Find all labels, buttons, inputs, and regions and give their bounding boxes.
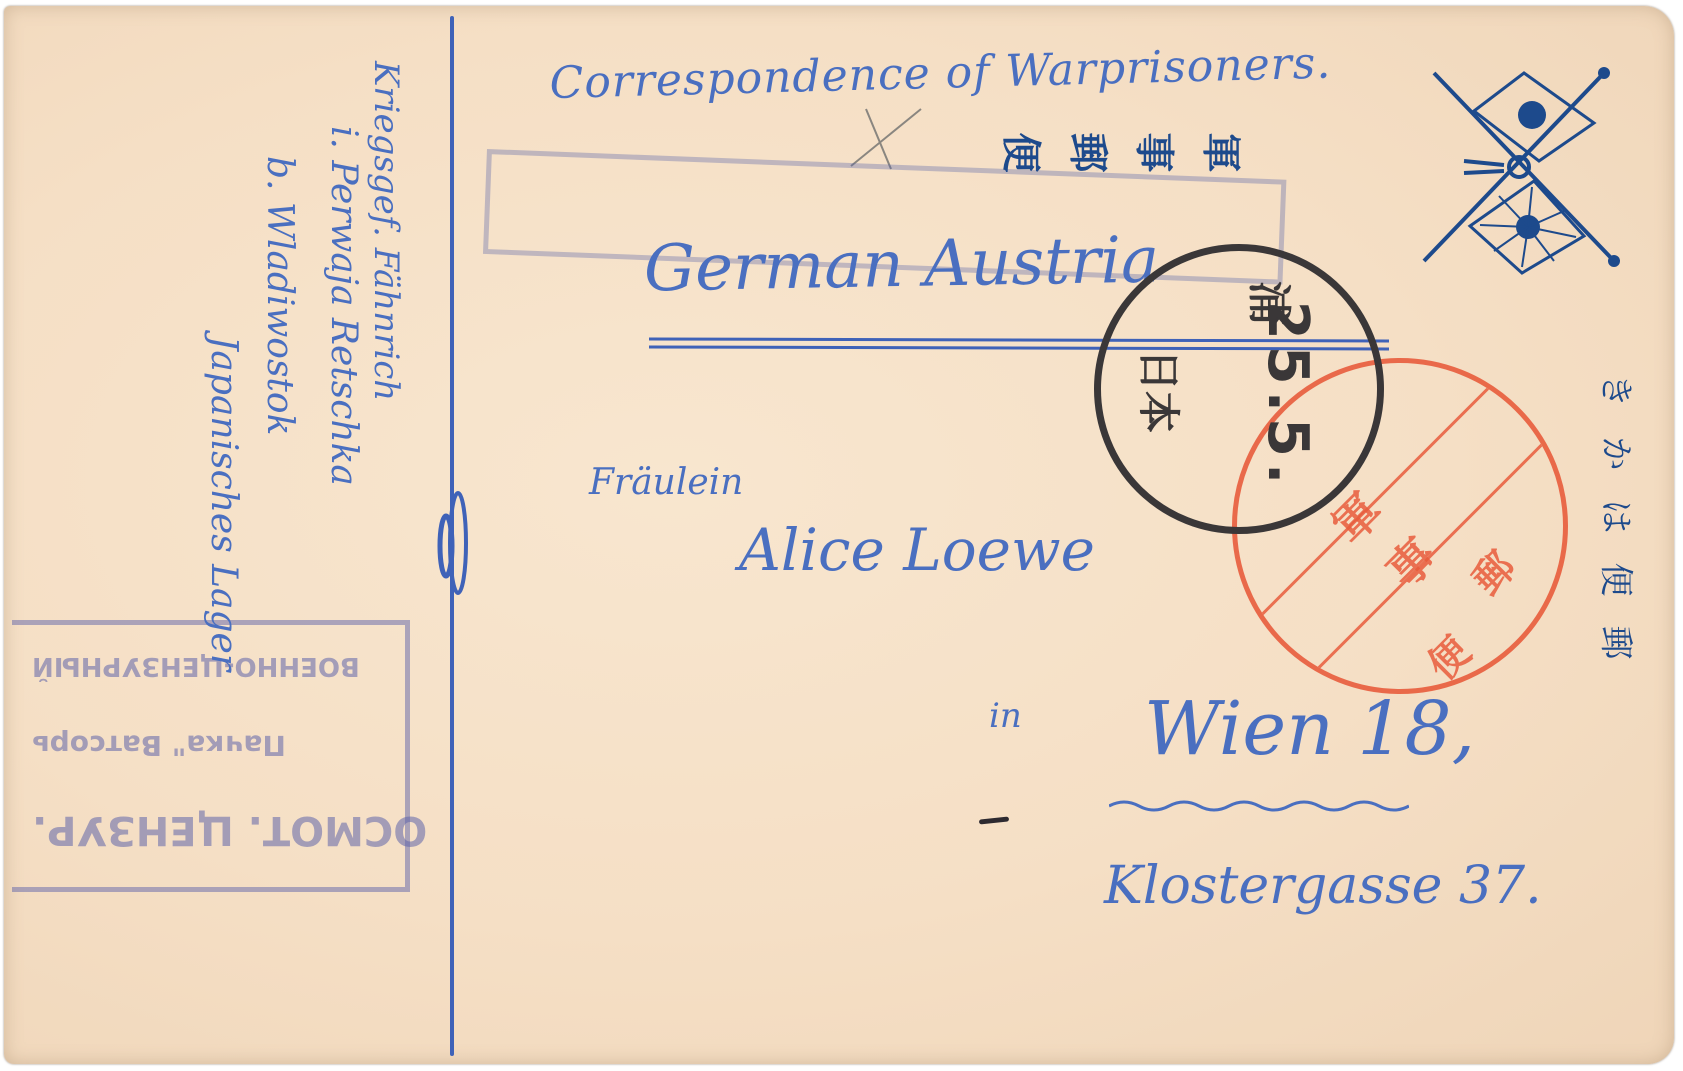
kanji-char: 事: [1129, 133, 1186, 173]
recipient-street: Klostergasse 37.: [1104, 856, 1542, 916]
side-char: か: [1595, 437, 1644, 471]
printed-side-text: き か は 便 郵: [1594, 366, 1644, 667]
city-preposition: in: [989, 696, 1022, 736]
kanji-char: 便: [996, 133, 1053, 173]
sender-line: b. Wladiwostok: [259, 156, 300, 435]
censor-stamp-line: ВОЕННО-ЦЕНЗУРНЫЙ: [32, 651, 360, 681]
city-wavy-underline: [1109, 796, 1409, 816]
pencil-x-mark-icon: [846, 101, 926, 171]
postmark-left-text: 日本: [1131, 349, 1191, 433]
postmark-char: 便: [1413, 622, 1482, 691]
side-char: 便: [1595, 563, 1644, 597]
kanji-char: 軍: [1195, 133, 1252, 173]
recipient-salutation: Fräulein: [589, 462, 743, 503]
side-char: き: [1595, 374, 1644, 408]
side-char: は: [1595, 500, 1644, 534]
sender-line: Japanisches Lager: [203, 336, 244, 671]
censor-stamp-line: ОСМОТ. ЦЕНЗУР.: [32, 807, 427, 853]
recipient-city: Wien 18,: [1144, 686, 1475, 772]
black-date-postmark: 浦 25.5. 日本: [1094, 244, 1384, 534]
header-handwriting: Correspondence of Warprisoners.: [549, 38, 1332, 109]
destination-country: German Austria: [643, 224, 1159, 307]
censor-stamp-line: Пачка" Ватсорь: [32, 729, 286, 762]
recipient-name: Alice Loewe: [739, 516, 1095, 584]
printed-military-mail-kanji: 軍 事 郵 便: [1004, 124, 1244, 181]
side-char: 郵: [1595, 626, 1644, 660]
pencil-dash-mark: [979, 816, 1009, 824]
kanji-char: 郵: [1062, 133, 1119, 173]
postmark-date: 25.5.: [1255, 301, 1320, 490]
sender-line: Kriegsgef. Fähnrich: [366, 61, 406, 401]
divider-ornament-icon: [432, 488, 472, 598]
postmark-char: 郵: [1458, 537, 1527, 606]
sender-line: i. Perwaja Retschka: [323, 126, 364, 486]
postcard: ВОЕННО-ЦЕНЗУРНЫЙ Пачка" Ватсорь ОСМОТ. Ц…: [4, 6, 1674, 1064]
crossed-flags-icon: [1404, 61, 1634, 276]
